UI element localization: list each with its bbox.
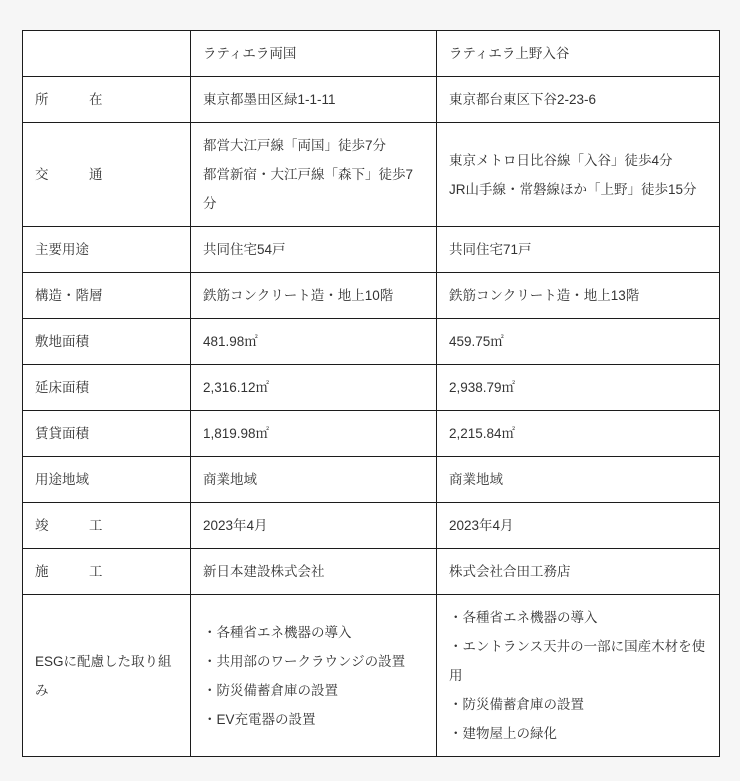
- header-empty-cell: [23, 31, 191, 77]
- main-use-label: 主要用途: [23, 227, 191, 273]
- row-rental-area: 賃貸面積 1,819.98㎡ 2,215.84㎡: [23, 411, 720, 457]
- esg-property1-item3: ・防災備蓄倉庫の設置: [203, 676, 424, 705]
- header-property1-name: ラティエラ両国: [191, 31, 437, 77]
- esg-property1-item2: ・共用部のワークラウンジの設置: [203, 647, 424, 676]
- zoning-property1: 商業地域: [191, 457, 437, 503]
- property-comparison-table-container: ラティエラ両国 ラティエラ上野入谷 所 在 東京都墨田区緑1-1-11 東京都台…: [22, 30, 720, 757]
- structure-floors-label: 構造・階層: [23, 273, 191, 319]
- access-property1: 都営大江戸線「両国」徒歩7分 都営新宿・大江戸線「森下」徒歩7分: [191, 123, 437, 227]
- total-floor-area-label: 延床面積: [23, 365, 191, 411]
- site-area-property2: 459.75㎡: [437, 319, 720, 365]
- zoning-label: 用途地域: [23, 457, 191, 503]
- access-property2-line2: JR山手線・常磐線ほか「上野」徒歩15分: [449, 175, 707, 204]
- location-property1: 東京都墨田区緑1-1-11: [191, 77, 437, 123]
- access-property2: 東京メトロ日比谷線「入谷」徒歩4分 JR山手線・常磐線ほか「上野」徒歩15分: [437, 123, 720, 227]
- esg-property1-item4: ・EV充電器の設置: [203, 705, 424, 734]
- rental-area-property2: 2,215.84㎡: [437, 411, 720, 457]
- esg-property1-item1: ・各種省エネ機器の導入: [203, 618, 424, 647]
- row-structure-floors: 構造・階層 鉄筋コンクリート造・地上10階 鉄筋コンクリート造・地上13階: [23, 273, 720, 319]
- access-label: 交 通: [23, 123, 191, 227]
- structure-floors-property1: 鉄筋コンクリート造・地上10階: [191, 273, 437, 319]
- row-access: 交 通 都営大江戸線「両国」徒歩7分 都営新宿・大江戸線「森下」徒歩7分 東京メ…: [23, 123, 720, 227]
- completion-property2: 2023年4月: [437, 503, 720, 549]
- row-zoning: 用途地域 商業地域 商業地域: [23, 457, 720, 503]
- main-use-property2: 共同住宅71戸: [437, 227, 720, 273]
- esg-property2-item3: ・防災備蓄倉庫の設置: [449, 690, 707, 719]
- rental-area-property1: 1,819.98㎡: [191, 411, 437, 457]
- location-label: 所 在: [23, 77, 191, 123]
- main-use-property1: 共同住宅54戸: [191, 227, 437, 273]
- row-esg-initiatives: ESGに配慮した取り組み ・各種省エネ機器の導入 ・共用部のワークラウンジの設置…: [23, 595, 720, 757]
- access-property1-line1: 都営大江戸線「両国」徒歩7分: [203, 131, 424, 160]
- row-main-use: 主要用途 共同住宅54戸 共同住宅71戸: [23, 227, 720, 273]
- property-comparison-table: ラティエラ両国 ラティエラ上野入谷 所 在 東京都墨田区緑1-1-11 東京都台…: [22, 30, 720, 757]
- builder-property1: 新日本建設株式会社: [191, 549, 437, 595]
- esg-property2-item1: ・各種省エネ機器の導入: [449, 603, 707, 632]
- row-location: 所 在 東京都墨田区緑1-1-11 東京都台東区下谷2-23-6: [23, 77, 720, 123]
- esg-property2-item4: ・建物屋上の緑化: [449, 719, 707, 748]
- esg-initiatives-property2: ・各種省エネ機器の導入 ・エントランス天井の一部に国産木材を使用 ・防災備蓄倉庫…: [437, 595, 720, 757]
- esg-initiatives-property1: ・各種省エネ機器の導入 ・共用部のワークラウンジの設置 ・防災備蓄倉庫の設置 ・…: [191, 595, 437, 757]
- access-property2-line1: 東京メトロ日比谷線「入谷」徒歩4分: [449, 146, 707, 175]
- header-row: ラティエラ両国 ラティエラ上野入谷: [23, 31, 720, 77]
- rental-area-label: 賃貸面積: [23, 411, 191, 457]
- completion-property1: 2023年4月: [191, 503, 437, 549]
- builder-property2: 株式会社合田工務店: [437, 549, 720, 595]
- row-total-floor-area: 延床面積 2,316.12㎡ 2,938.79㎡: [23, 365, 720, 411]
- header-property2-name: ラティエラ上野入谷: [437, 31, 720, 77]
- row-completion: 竣 工 2023年4月 2023年4月: [23, 503, 720, 549]
- site-area-property1: 481.98㎡: [191, 319, 437, 365]
- row-site-area: 敷地面積 481.98㎡ 459.75㎡: [23, 319, 720, 365]
- total-floor-area-property2: 2,938.79㎡: [437, 365, 720, 411]
- site-area-label: 敷地面積: [23, 319, 191, 365]
- esg-initiatives-label: ESGに配慮した取り組み: [23, 595, 191, 757]
- location-property2: 東京都台東区下谷2-23-6: [437, 77, 720, 123]
- row-builder: 施 工 新日本建設株式会社 株式会社合田工務店: [23, 549, 720, 595]
- structure-floors-property2: 鉄筋コンクリート造・地上13階: [437, 273, 720, 319]
- zoning-property2: 商業地域: [437, 457, 720, 503]
- total-floor-area-property1: 2,316.12㎡: [191, 365, 437, 411]
- completion-label: 竣 工: [23, 503, 191, 549]
- esg-property2-item2: ・エントランス天井の一部に国産木材を使用: [449, 632, 707, 690]
- builder-label: 施 工: [23, 549, 191, 595]
- access-property1-line2: 都営新宿・大江戸線「森下」徒歩7分: [203, 160, 424, 218]
